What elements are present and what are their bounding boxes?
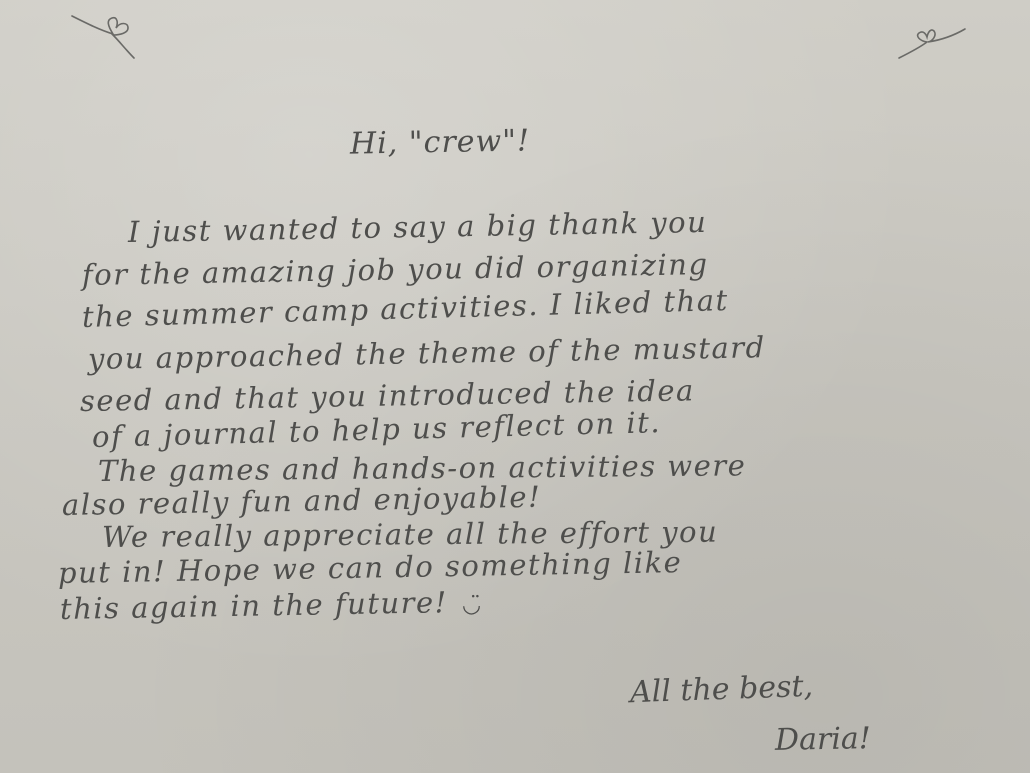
closing: All the best, xyxy=(629,669,813,710)
body-line: also really fun and enjoyable! xyxy=(62,480,542,522)
body-line-text: this again in the future! xyxy=(60,585,448,626)
body-line: you approached the theme of the mustard xyxy=(88,330,766,376)
handwritten-note: Hi, "crew"! I just wanted to say a big t… xyxy=(0,0,1030,773)
body-line: I just wanted to say a big thank you xyxy=(128,205,708,249)
body-line: the summer camp activities. I liked that xyxy=(82,283,730,334)
body-line: this again in the future!◡̈ xyxy=(60,585,483,626)
smiley-icon: ◡̈ xyxy=(462,593,483,618)
letter-body: I just wanted to say a big thank you for… xyxy=(0,0,1030,773)
signature: Daria! xyxy=(775,721,871,758)
